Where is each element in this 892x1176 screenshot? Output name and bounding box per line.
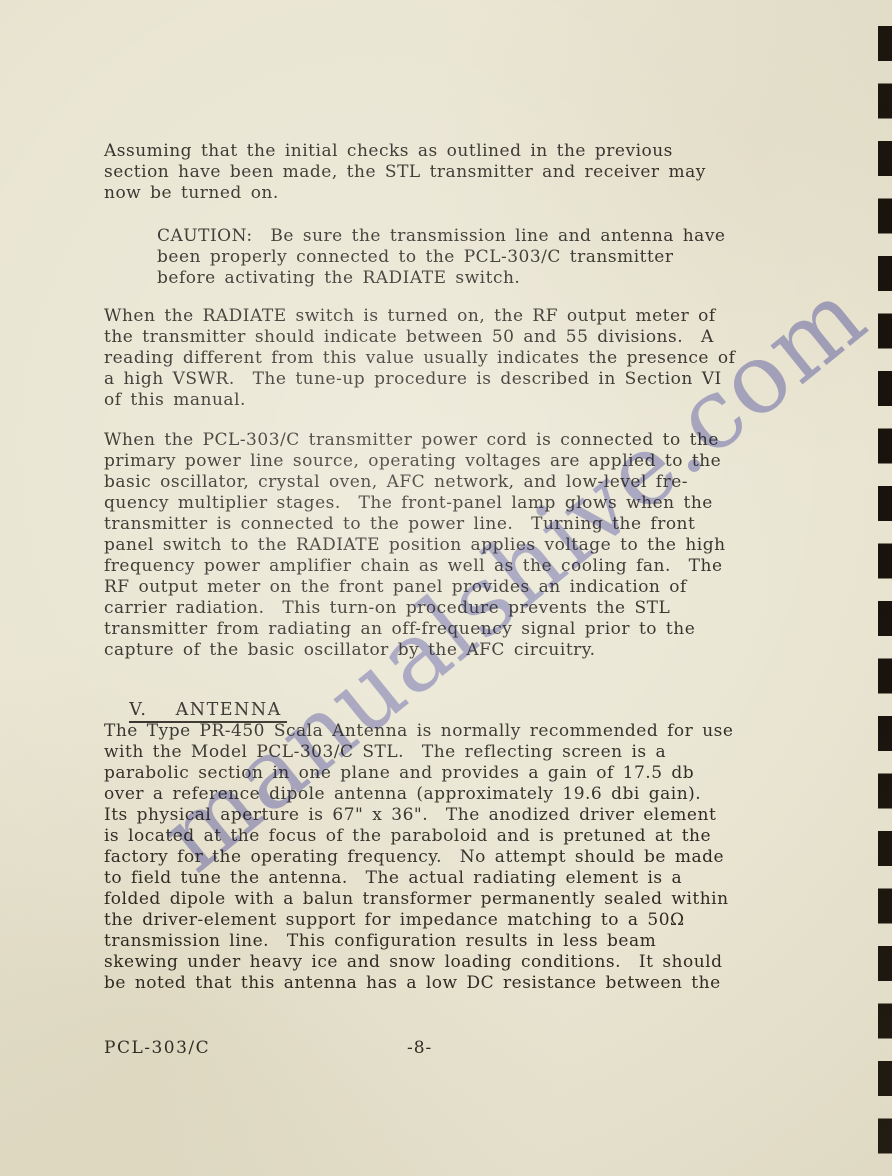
footer-model-number: PCL-303/C [104, 1038, 210, 1059]
scanned-page: Assuming that the initial checks as outl… [0, 0, 892, 1176]
footer-page-number: -8- [407, 1038, 432, 1059]
paragraph-radiate-switch: When the RADIATE switch is turned on, th… [104, 306, 735, 411]
paragraph-power-cord: When the PCL-303/C transmitter power cor… [104, 430, 726, 661]
paragraph-turn-on-intro: Assuming that the initial checks as outl… [104, 141, 706, 204]
binding-holes-strip [878, 26, 892, 1176]
paragraph-antenna-description: The Type PR-450 Scala Antenna is normall… [104, 721, 733, 994]
caution-note: CAUTION: Be sure the transmission line a… [157, 226, 726, 289]
section-heading-text: V. ANTENNA [129, 700, 287, 723]
